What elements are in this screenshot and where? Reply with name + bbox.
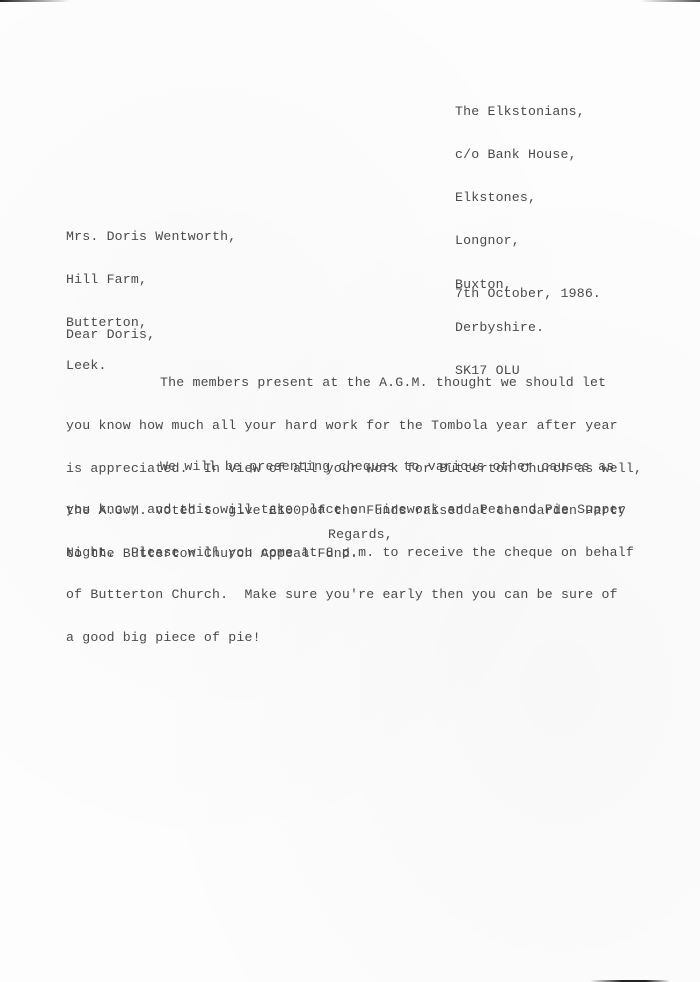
salutation: Dear Doris, (66, 328, 155, 342)
body-paragraph-2: We will be presenting cheques to various… (66, 432, 634, 673)
scan-edge-shadow (0, 0, 70, 2)
recipient-address-line: Hill Farm, (66, 273, 236, 287)
recipient-name: Mrs. Doris Wentworth, (66, 230, 236, 244)
closing: Regards, (328, 528, 393, 542)
paragraph-line: of Butterton Church. Make sure you're ea… (66, 588, 634, 602)
paragraph-line: We will be presenting cheques to various… (66, 460, 634, 474)
sender-address-line: Longnor, (455, 234, 585, 248)
letter-page: The Elkstonians, c/o Bank House, Elkston… (0, 0, 700, 982)
paragraph-line: The members present at the A.G.M. though… (66, 376, 642, 390)
paragraph-line: a good big piece of pie! (66, 631, 634, 645)
sender-address-line: Elkstones, (455, 191, 585, 205)
paragraph-line: you know, and this will take place on Fi… (66, 503, 634, 517)
scan-edge-shadow (640, 0, 700, 2)
paragraph-line: Night. Please will you come at 8 p.m. to… (66, 546, 634, 560)
sender-address-line: c/o Bank House, (455, 148, 585, 162)
letter-date: 7th October, 1986. (455, 287, 601, 301)
sender-address-line: The Elkstonians, (455, 105, 585, 119)
sender-address-line: Derbyshire. (455, 321, 585, 335)
